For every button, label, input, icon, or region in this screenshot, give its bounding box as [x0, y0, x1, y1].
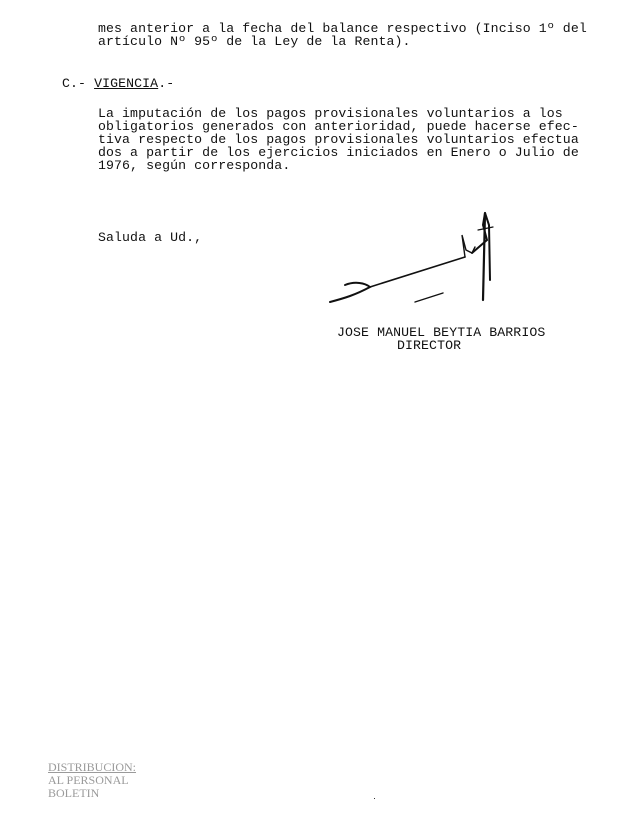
section-title: VIGENCIA: [94, 76, 158, 91]
signature-image: [325, 205, 505, 310]
body-line: 1976, según corresponda.: [98, 158, 290, 173]
distribution-block: DISTRIBUCION: AL PERSONAL BOLETIN: [48, 761, 136, 800]
section-prefix: C.-: [62, 76, 94, 91]
section-heading: C.- VIGENCIA.-: [62, 77, 174, 90]
distribution-heading: DISTRIBUCION:: [48, 760, 136, 774]
intro-line-2: artículo Nº 95º de la Ley de la Renta).: [98, 35, 411, 48]
body-paragraph: La imputación de los pagos provisionales…: [98, 107, 579, 172]
closing-salutation: Saluda a Ud.,: [98, 231, 202, 244]
section-suffix: .-: [158, 76, 174, 91]
distribution-item: BOLETIN: [48, 786, 99, 800]
scan-speck: [374, 798, 375, 799]
distribution-item: AL PERSONAL: [48, 773, 129, 787]
signatory-title: DIRECTOR: [397, 339, 461, 352]
